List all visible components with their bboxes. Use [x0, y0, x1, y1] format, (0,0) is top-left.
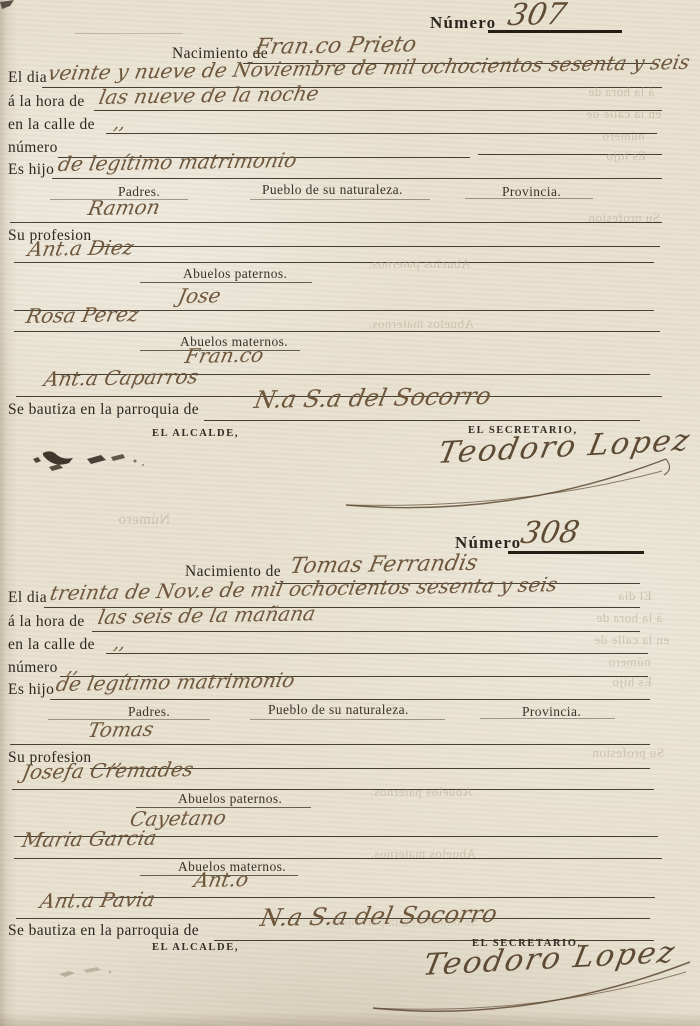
- pueblo-column-header: Pueblo de su naturaleza.: [268, 702, 409, 718]
- dia-value: veinte y nueve de Noviembre de mil ochoc…: [46, 50, 692, 85]
- ruled-line: [92, 246, 660, 247]
- bleedthrough-text: Abuelos maternos.: [370, 846, 476, 862]
- abuela-paterna-value: Maria Garcia: [20, 826, 159, 852]
- ruled-line: [250, 199, 430, 200]
- ruled-line: [106, 133, 657, 134]
- bautiza-label: Se bautiza en la parroquia de: [8, 922, 199, 940]
- abuela-materna-value: Ant.a Caparros: [42, 364, 201, 391]
- bleedthrough-text: á la hora de: [596, 610, 662, 626]
- bleedthrough-text: Abuelos maternos.: [368, 316, 474, 332]
- signature-flourish: [368, 960, 698, 1020]
- bleedthrough-text: Se bautiza en la parroquia: [330, 914, 478, 930]
- es-hijo-label: Es hijo: [8, 681, 54, 699]
- corner-ink-mark: [0, 0, 30, 20]
- hora-label: á la hora de: [8, 93, 85, 111]
- bleedthrough-text: Es hijo: [606, 148, 646, 164]
- pueblo-column-header: Pueblo de su naturaleza.: [262, 182, 403, 198]
- madre-value: Ant.a Diez: [26, 235, 136, 261]
- parroquia-value: N.a S.a del Socorro: [252, 382, 494, 414]
- bleedthrough-text: número: [602, 128, 645, 144]
- padre-value: Tomas: [86, 717, 156, 742]
- alcalde-label: EL ALCALDE,: [152, 428, 239, 439]
- dia-label: El dia: [8, 589, 47, 607]
- ruled-line: [488, 30, 622, 33]
- bleedthrough-text: Su profesion: [592, 745, 664, 761]
- ruled-line: [250, 719, 445, 720]
- abuelo-paterno-value: Jose: [176, 283, 223, 308]
- calle-label: en la calle de: [8, 636, 95, 654]
- dia-value: treinta de Nov.e de mil ochocientos sese…: [48, 572, 560, 605]
- ruled-line: [94, 110, 662, 111]
- bautiza-label: Se bautiza en la parroquia de: [8, 401, 199, 419]
- ruled-line: [204, 420, 640, 421]
- bleedthrough-text: en la calle de: [594, 632, 669, 648]
- hora-value: las nueve de la noche: [97, 81, 321, 109]
- ruled-line: [12, 789, 654, 790]
- abuela-paterna-value: Rosa Perez: [24, 302, 141, 328]
- hora-label: á la hora de: [8, 613, 85, 631]
- ruled-line: [14, 858, 662, 859]
- signature-flourish: [340, 455, 675, 515]
- bleedthrough-text: número: [608, 654, 651, 670]
- calle-label: en la calle de: [8, 116, 95, 134]
- ruled-line: [14, 262, 654, 263]
- ruled-line: [480, 718, 615, 719]
- abuelo-materno-value: Ant.o: [192, 867, 251, 892]
- bleedthrough-text: Abuelos paternos.: [370, 784, 472, 800]
- ink-smudge: [25, 445, 155, 477]
- ruled-line: [106, 653, 648, 654]
- bleedthrough-text: Abuelos paternos.: [368, 256, 470, 272]
- padre-value: Ramon: [86, 195, 162, 220]
- bleedthrough-text: El dia: [618, 588, 652, 604]
- ruled-line: [508, 551, 644, 554]
- abuelos-paternos-label: Abuelos paternos.: [183, 266, 287, 282]
- bleedthrough-text: Número: [118, 512, 170, 529]
- bleedthrough-text: á la hora de: [588, 84, 654, 100]
- hora-value: las seis de la mañana: [96, 601, 318, 629]
- ruled-line: [92, 631, 640, 632]
- ruled-line: [10, 222, 662, 223]
- ruled-line: [140, 282, 312, 283]
- bleedthrough-text: en la calle de: [586, 106, 661, 122]
- dia-label: El dia: [8, 69, 47, 87]
- calle-value: ,,: [112, 113, 128, 134]
- ruled-line: [10, 744, 650, 745]
- page-bottom-edge: [0, 1012, 700, 1026]
- es-hijo-value: de legítimo matrimonio: [54, 668, 297, 696]
- ruled-line: [52, 178, 662, 179]
- ruled-line: [50, 699, 650, 700]
- abuelos-paternos-label: Abuelos paternos.: [178, 791, 282, 807]
- numero-value: 307: [505, 0, 569, 33]
- es-hijo-value: de legítimo matrimonio: [56, 148, 299, 176]
- alcalde-label: EL ALCALDE,: [152, 942, 239, 953]
- numero-calle-label: número: [8, 139, 58, 157]
- register-page: Número 307 Nacimiento de Fran.co Prieto …: [0, 0, 700, 1026]
- es-hijo-label: Es hijo: [8, 161, 54, 179]
- madre-value: Josefa Cremades: [20, 757, 196, 784]
- calle-value: ,,: [112, 633, 128, 654]
- embossed-line: [75, 33, 183, 34]
- numero-label: Número: [430, 13, 496, 33]
- numero-value: 308: [518, 515, 582, 551]
- ink-smudge: [55, 962, 145, 982]
- bleedthrough-text: Es hijo: [612, 674, 652, 690]
- bleedthrough-text: Su profesion: [588, 210, 660, 226]
- ruled-line: [14, 331, 660, 332]
- abuela-materna-value: Ant.a Pavia: [38, 887, 157, 913]
- numero-calle-label: número: [8, 659, 58, 677]
- ruled-line: [465, 198, 593, 199]
